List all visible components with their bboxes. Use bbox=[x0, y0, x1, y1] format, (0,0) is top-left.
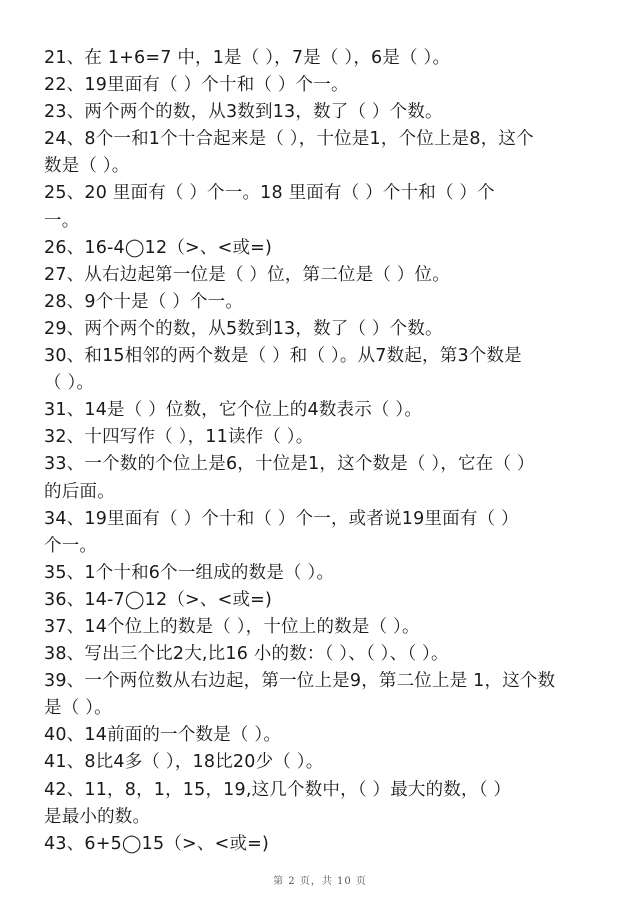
question-22: 22、19里面有（ ）个十和（ ）个一。 bbox=[44, 72, 614, 99]
question-39-cont: 是（ ）。 bbox=[44, 695, 614, 722]
question-32: 32、十四写作（ ），11读作（ ）。 bbox=[44, 424, 614, 451]
page-footer: 第 2 页，共 10 页 bbox=[0, 872, 640, 887]
question-36: 36、14-7◯12（>、<或=) bbox=[44, 587, 614, 614]
question-42: 42、11，8，1，15，19,这几个数中，（ ）最大的数，（ ） bbox=[44, 777, 614, 804]
question-43: 43、6+5◯15（>、<或=) bbox=[44, 831, 614, 858]
question-25: 25、20 里面有（ ）个一。18 里面有（ ）个十和（ ）个 bbox=[44, 180, 614, 207]
question-list: 21、在 1+6=7 中，1是（ ），7是（ ），6是（ ）。 22、19里面有… bbox=[44, 45, 614, 858]
question-25-cont: 一。 bbox=[44, 208, 614, 235]
question-29: 29、两个两个的数，从5数到13，数了（ ）个数。 bbox=[44, 316, 614, 343]
worksheet-page: 21、在 1+6=7 中，1是（ ），7是（ ），6是（ ）。 22、19里面有… bbox=[0, 0, 640, 906]
question-28: 28、9个十是（ ）个一。 bbox=[44, 289, 614, 316]
question-35: 35、1个十和6个一组成的数是（ ）。 bbox=[44, 560, 614, 587]
question-31: 31、14是（ ）位数，它个位上的4数表示（ ）。 bbox=[44, 397, 614, 424]
question-27: 27、从右边起第一位是（ ）位，第二位是（ ）位。 bbox=[44, 262, 614, 289]
question-33-cont: 的后面。 bbox=[44, 479, 614, 506]
question-34: 34、19里面有（ ）个十和（ ）个一，或者说19里面有（ ） bbox=[44, 506, 614, 533]
question-34-cont: 个一。 bbox=[44, 533, 614, 560]
question-23: 23、两个两个的数，从3数到13，数了（ ）个数。 bbox=[44, 99, 614, 126]
question-26: 26、16-4◯12（>、<或=) bbox=[44, 235, 614, 262]
question-40: 40、14前面的一个数是（ ）。 bbox=[44, 722, 614, 749]
question-21: 21、在 1+6=7 中，1是（ ），7是（ ），6是（ ）。 bbox=[44, 45, 614, 72]
question-38: 38、写出三个比2大,比16 小的数：（ ）、（ ）、（ ）。 bbox=[44, 641, 614, 668]
question-30: 30、和15相邻的两个数是（ ）和（ ）。从7数起，第3个数是 bbox=[44, 343, 614, 370]
question-41: 41、8比4多（ ），18比20少（ ）。 bbox=[44, 749, 614, 776]
question-33: 33、一个数的个位上是6，十位是1，这个数是（ ），它在（ ） bbox=[44, 451, 614, 478]
question-30-cont: （ ）。 bbox=[44, 370, 614, 397]
question-37: 37、14个位上的数是（ ），十位上的数是（ ）。 bbox=[44, 614, 614, 641]
question-24-cont: 数是（ ）。 bbox=[44, 153, 614, 180]
question-24: 24、8个一和1个十合起来是（ ），十位是1，个位上是8，这个 bbox=[44, 126, 614, 153]
question-42-cont: 是最小的数。 bbox=[44, 804, 614, 831]
question-39: 39、一个两位数从右边起，第一位上是9，第二位上是 1，这个数 bbox=[44, 668, 614, 695]
